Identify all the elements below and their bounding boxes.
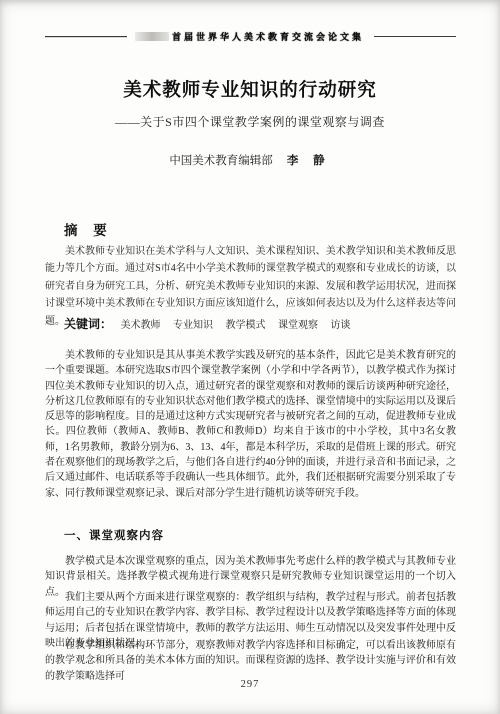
section-1-paragraph: 在教学组织和结构环节部分，观察教师对教学内容选择和目标确定，可以看出该教师原有的…	[45, 638, 456, 684]
author-line: 中国美术教育编辑部李 静	[0, 152, 500, 168]
keyword-item: 美术教师	[121, 320, 161, 331]
author-name: 李 静	[287, 155, 331, 167]
banner-title: 首届世界华人美术教育交流会论文集	[172, 30, 364, 43]
keywords-label: 关键词：	[64, 317, 112, 331]
paragraph-text: 美术教师的专业知识是其从事美术教学实践及研究的基本条件，因此它是美术教育研究的一…	[45, 348, 456, 501]
banner-smudge	[135, 32, 169, 41]
keywords-line: 关键词： 美术教师 专业知识 教学模式 课堂观察 访谈	[64, 315, 456, 332]
banner-rule-right	[374, 36, 456, 37]
keyword-item: 访谈	[331, 320, 351, 331]
scanned-paper-page: 首届世界华人美术教育交流会论文集 美术教师专业知识的行动研究 ——关于S市四个课…	[0, 0, 500, 714]
page-number: 297	[0, 679, 500, 690]
banner-rule-left	[45, 36, 127, 37]
paragraph-text: 在教学组织和结构环节部分，观察教师对教学内容选择和目标确定，可以看出该教师原有的…	[45, 638, 456, 684]
section-1-heading: 一、课堂观察内容	[64, 527, 164, 543]
paper-title: 美术教师专业知识的行动研究	[0, 76, 500, 102]
keyword-item: 教学模式	[226, 320, 266, 331]
header-banner: 首届世界华人美术教育交流会论文集	[45, 30, 456, 43]
keyword-item: 专业知识	[173, 320, 213, 331]
keyword-item: 课堂观察	[278, 320, 318, 331]
abstract-heading: 摘 要	[64, 219, 113, 239]
paper-subtitle: ——关于S市四个课堂教学案例的课堂观察与调查	[0, 113, 500, 130]
intro-paragraph: 美术教师的专业知识是其从事美术教学实践及研究的基本条件，因此它是美术教育研究的一…	[45, 348, 456, 501]
author-affiliation: 中国美术教育编辑部	[169, 155, 273, 167]
